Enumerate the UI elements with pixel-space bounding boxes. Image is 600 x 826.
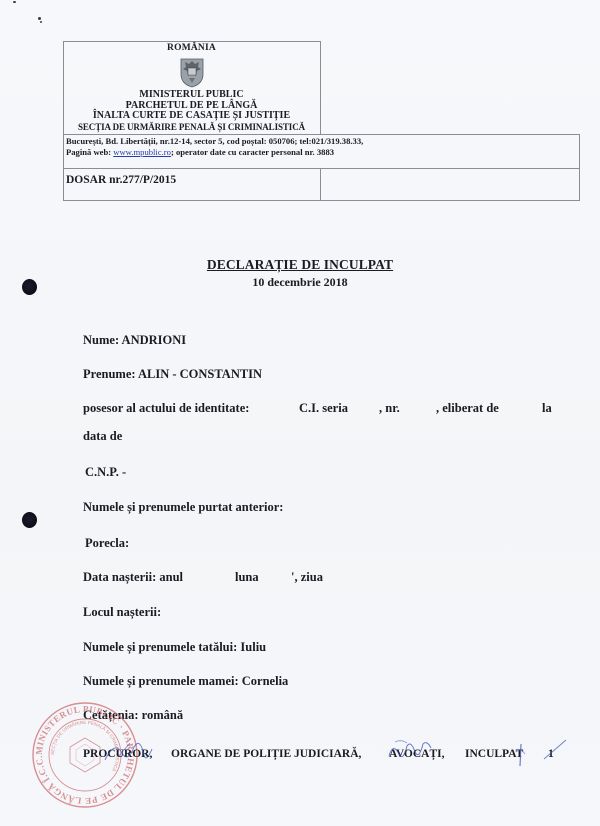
romania-coat-of-arms-icon [179, 56, 205, 88]
box-border [63, 168, 580, 169]
inculpat-label: INCULPAT [465, 748, 523, 760]
document-date: 10 decembrie 2018 [0, 275, 600, 290]
prenume-value: ALIN - CONSTANTIN [138, 367, 262, 381]
institution-line: MINISTERUL PUBLIC [63, 90, 320, 101]
nume-anterior-label: Numele și prenumele purtat anterior: [83, 500, 283, 514]
field-cnp: C.N.P. - [85, 465, 126, 480]
address-block: București, Bd. Libertății, nr.12-14, sec… [66, 136, 576, 158]
mama-value: Cornelia [242, 674, 289, 688]
institution-line: SECȚIA DE URMĂRIRE PENALĂ ȘI CRIMINALIST… [63, 122, 320, 132]
field-prenume: Prenume: ALIN - CONSTANTIN [83, 367, 262, 382]
field-data-de: data de [83, 429, 122, 444]
data-de-label: data de [83, 429, 122, 443]
box-border [320, 168, 321, 201]
web-line: Pagină web: www.mpublic.ro; operator dat… [66, 147, 576, 158]
nume-label: Nume: [83, 333, 119, 347]
nr-label: , nr. [379, 401, 400, 416]
box-border [320, 41, 321, 134]
field-nume-anterior: Numele și prenumele purtat anterior: [83, 500, 283, 515]
web-suffix: ; operator date cu caracter personal nr.… [171, 147, 334, 157]
scan-speck [13, 1, 16, 3]
field-mama: Numele și prenumele mamei: Cornelia [83, 674, 288, 689]
page-number: 1 [548, 748, 554, 760]
tatal-value: Iuliu [240, 640, 266, 654]
page-initial-mark [540, 737, 570, 763]
locul-nasterii-label: Locul nașterii: [83, 605, 161, 619]
cnp-label: C.N.P. - [85, 465, 126, 479]
svg-text:SECȚIA DE URMĂRIRE PENALĂ ȘI C: SECȚIA DE URMĂRIRE PENALĂ ȘI CRIMINALIST… [50, 720, 120, 773]
field-locul-nasterii: Locul nașterii: [83, 605, 161, 620]
data-nasterii-label: Data nașterii: anul [83, 570, 183, 585]
field-nume: Nume: ANDRIONI [83, 333, 186, 348]
la-label: la [542, 401, 552, 416]
eliberat-label: , eliberat de [436, 401, 499, 416]
organe-label: ORGANE DE POLIȚIE JUDICIARĂ, [171, 748, 361, 760]
nume-value: ANDRIONI [122, 333, 187, 347]
ziua-label: ', ziua [291, 570, 323, 585]
field-porecla: Porecla: [85, 536, 129, 551]
institution-block: ROMÂNIA MINISTERUL PUBLIC PARCHETUL DE P… [63, 41, 320, 134]
cetatenia-value: română [142, 708, 183, 722]
website-link[interactable]: www.mpublic.ro [113, 147, 171, 157]
box-border [63, 200, 580, 201]
document-page: ROMÂNIA MINISTERUL PUBLIC PARCHETUL DE P… [0, 0, 600, 826]
field-tatal: Numele și prenumele tatălui: Iuliu [83, 640, 266, 655]
box-border [63, 134, 580, 135]
country-name: ROMÂNIA [63, 43, 320, 53]
address-line: București, Bd. Libertății, nr.12-14, sec… [66, 136, 576, 147]
scan-speck [38, 17, 41, 20]
letterhead-box: ROMÂNIA MINISTERUL PUBLIC PARCHETUL DE P… [63, 41, 580, 201]
institution-line: ÎNALTA CURTE DE CASAȚIE ȘI JUSTIȚIE [63, 111, 320, 122]
document-title: DECLARAȚIE DE INCULPAT [0, 257, 600, 273]
porecla-label: Porecla: [85, 536, 129, 550]
stamp-inner-text: SECȚIA DE URMĂRIRE PENALĂ ȘI CRIMINALIST… [50, 720, 120, 773]
case-number: DOSAR nr.277/P/2015 [66, 174, 176, 186]
ci-seria-label: C.I. seria [299, 401, 348, 416]
avocati-label: AVOCAȚI, [389, 748, 444, 760]
prenume-label: Prenume: [83, 367, 136, 381]
mama-label: Numele și prenumele mamei: [83, 674, 239, 688]
posesor-label: posesor al actului de identitate: [83, 401, 249, 416]
luna-label: luna [235, 570, 259, 585]
tatal-label: Numele și prenumele tatălui: [83, 640, 237, 654]
scan-speck [40, 21, 42, 23]
punch-hole [22, 512, 37, 528]
procuror-label: PROCUROR, [83, 748, 152, 760]
web-prefix: Pagină web: [66, 147, 113, 157]
